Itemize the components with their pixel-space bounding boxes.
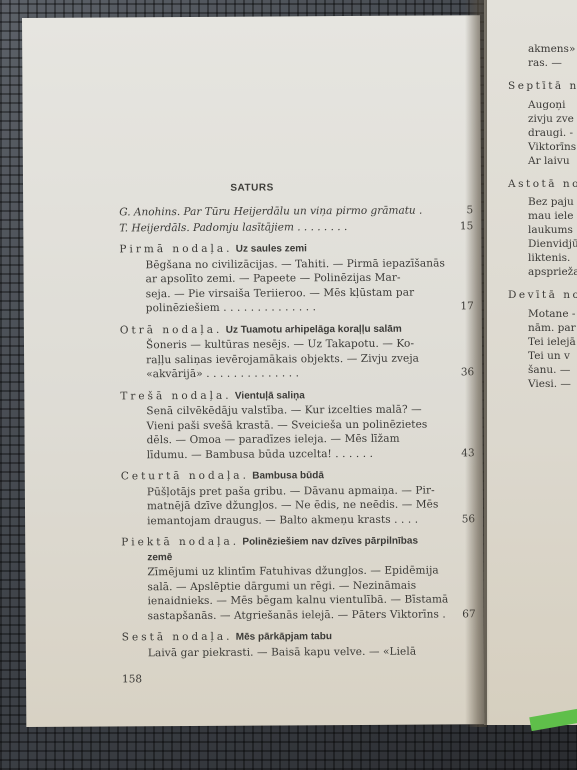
right-line: šanu. — [528, 363, 570, 377]
summary-line: Zīmējumi uz klintīm Fatuhivas džungļos. … [147, 563, 439, 579]
right-chapter-heading: Septītā no [508, 79, 577, 93]
chapter-number: Piektā nodaļa. [121, 536, 239, 549]
page-number: 158 [122, 673, 142, 685]
summary-line: raļļu saliņas ievērojamākais objekts. — … [146, 351, 438, 367]
chapter-title: Polinēziešiem nav dzīves pārpilnības [242, 536, 418, 548]
toc-entry-text: T. Heijerdāls. Padomju lasītājiem . . . … [119, 220, 347, 236]
summary-line: Šoneris — kultūras nesējs. — Uz Takapotu… [146, 336, 438, 352]
summary-line: Laivā gar piekrasti. — Baisā kapu velve.… [148, 644, 440, 660]
table-of-contents: G. Anohins. Par Tūru Heijerdālu un viņa … [119, 203, 476, 660]
chapter-number: Trešā nodaļa. [120, 389, 231, 402]
right-line: akmens» [528, 42, 575, 56]
summary-line: līdumu. — Bambusa būda uzcelta! . . . . … [147, 446, 439, 462]
right-line: Dienvidjū [528, 237, 577, 251]
chapter-number: Ceturtā nodaļa. [121, 470, 249, 483]
chapter-summary: Zīmējumi uz klintīm Fatuhivas džungļos. … [147, 563, 439, 623]
chapter-number: Pirmā nodaļa. [119, 243, 232, 256]
right-line: apsprieža [528, 265, 577, 279]
toc-chapter-1[interactable]: Pirmā nodaļa. Uz saules zemi Bēgšana no … [119, 240, 473, 316]
summary-line: polinēziešiem . . . . . . . . . . . . . … [146, 299, 438, 315]
right-line: Ar laivu [528, 154, 570, 168]
chapter-title: Bambusa būdā [252, 470, 324, 481]
toc-front-entry[interactable]: T. Heijerdāls. Padomju lasītājiem . . . … [119, 219, 473, 236]
right-line: laukums [528, 223, 573, 237]
chapter-title: Mēs pārkāpjam tabu [236, 631, 332, 643]
right-line: ras. — [528, 56, 562, 70]
summary-line: iemantojam draugus. — Balto akmeņu krast… [147, 512, 439, 528]
chapter-title: Uz saules zemi [236, 243, 307, 254]
right-page: akmens» ras. — Septītā no Augoņi zivju z… [484, 0, 577, 725]
toc-chapter-2[interactable]: Otrā nodaļa. Uz Tuamotu arhipelāga koraļ… [120, 321, 474, 382]
toc-chapter-3[interactable]: Trešā nodaļa. Vientuļā saliņa Senā cilvē… [120, 387, 474, 463]
book-gutter [465, 0, 487, 727]
right-line: zivju zve [528, 112, 574, 126]
toc-entry-text: G. Anohins. Par Tūru Heijerdālu un viņa … [119, 204, 422, 220]
right-line: Augoņi [528, 98, 566, 112]
chapter-title: Uz Tuamotu arhipelāga koraļļu salām [226, 323, 402, 335]
right-line: mau iele [528, 209, 573, 223]
chapter-title: Vientuļā saliņa [235, 390, 305, 401]
right-line: Motane - [528, 307, 575, 321]
chapter-summary: Pūšļotājs pret paša gribu. — Dāvanu apma… [147, 483, 439, 528]
summary-line: seja. — Pie virsaiša Teriieroo. — Mēs kļ… [146, 285, 438, 301]
chapter-number: Otrā nodaļa. [120, 323, 223, 336]
summary-line: ar apsolīto zemi. — Papeete — Polinēzija… [146, 270, 438, 286]
right-line: Viesi. — [528, 377, 571, 391]
summary-line: dēls. — Omoa — paradīzes ieleja. — Mēs l… [147, 431, 439, 447]
toc-chapter-6[interactable]: Sestā nodaļa. Mēs pārkāpjam tabu Laivā g… [122, 628, 476, 660]
page-title: SATURS [23, 181, 481, 195]
toc-front-entry[interactable]: G. Anohins. Par Tūru Heijerdālu un viņa … [119, 203, 473, 220]
summary-line: «akvārijā» . . . . . . . . . . . . . . [146, 365, 438, 381]
right-line: Bez paju [528, 195, 574, 209]
right-line: draugi. - [528, 126, 573, 140]
chapter-summary: Bēgšana no civilizācijas. — Tahiti. — Pi… [145, 256, 437, 316]
right-chapter-heading: Astotā no [508, 177, 577, 191]
right-line: Viktorīns [528, 140, 576, 154]
chapter-number: Sestā nodaļa. [122, 631, 233, 644]
left-page: SATURS G. Anohins. Par Tūru Heijerdālu u… [22, 15, 484, 727]
chapter-summary: Senā cilvēkēdāju valstība. — Kur izcelti… [146, 402, 438, 462]
summary-line: matnējā dzīve džungļos. — Ne ēdis, ne ne… [147, 497, 439, 513]
right-line: Tei un v [528, 349, 570, 363]
summary-line: ienaidnieks. — Mēs bēgam kalnu vientulīb… [148, 592, 440, 608]
right-line: Tei ielejā [528, 335, 576, 349]
toc-chapter-5[interactable]: Piektā nodaļa. Polinēziešiem nav dzīves … [121, 533, 476, 623]
summary-line: sastapšanās. — Atgriešanās ielejā. — Pāt… [148, 607, 440, 623]
right-line: liktenis. [528, 251, 570, 265]
right-chapter-heading: Devītā no [508, 288, 577, 302]
summary-line: Senā cilvēkēdāju valstība. — Kur izcelti… [146, 402, 438, 418]
right-line: nām. par [528, 321, 576, 335]
toc-chapter-4[interactable]: Ceturtā nodaļa. Bambusa būdā Pūšļotājs p… [121, 467, 475, 528]
chapter-summary: Laivā gar piekrasti. — Baisā kapu velve.… [148, 644, 440, 660]
chapter-summary: Šoneris — kultūras nesējs. — Uz Takapotu… [146, 336, 438, 381]
